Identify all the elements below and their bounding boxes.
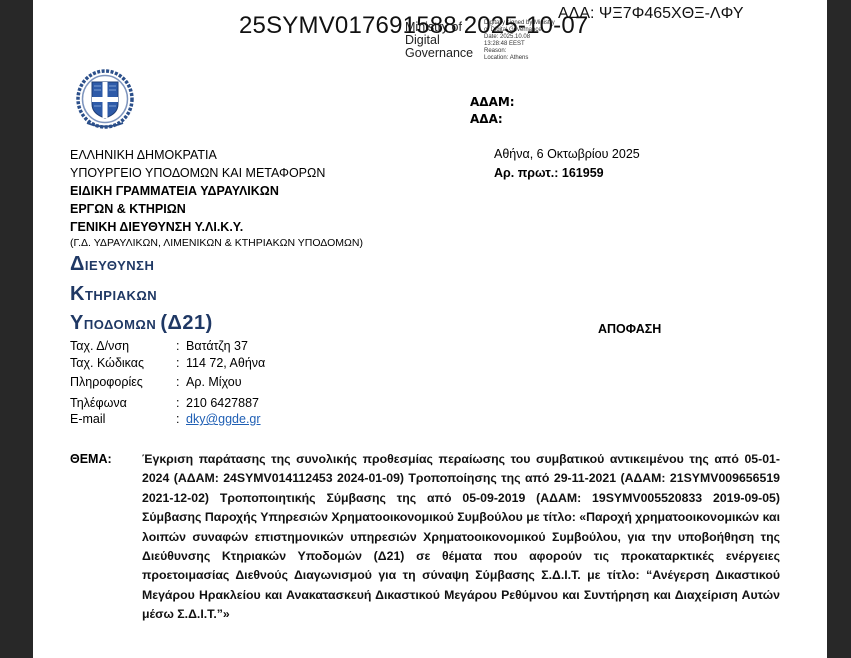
org-line-directorate-full: (Γ.Δ. ΥΔΡΑΥΛΙΚΩΝ, ΛΙΜΕΝΙΚΩΝ & ΚΤΗΡΙΑΚΩΝ … [70, 237, 363, 249]
contact-colon: : [176, 375, 179, 389]
dept-initial: Υ [70, 312, 84, 334]
document-id-stamp: 25SYMV017691588 2025-10-07 [239, 12, 588, 40]
ada-label: ΑΔΑ: [470, 112, 503, 126]
contact-colon: : [176, 396, 179, 410]
email-link[interactable]: dky@ggde.gr [186, 412, 261, 426]
contact-value-postcode: 114 72, Αθήνα [186, 356, 265, 370]
org-line-ministry: ΥΠΟΥΡΓΕΙΟ ΥΠΟΔΟΜΩΝ ΚΑΙ ΜΕΤΑΦΟΡΩΝ [70, 166, 325, 180]
contact-colon: : [176, 356, 179, 370]
contact-label-email: E-mail [70, 412, 105, 426]
dept-initial: Δ [70, 253, 85, 275]
protocol-number: Αρ. πρωτ.: 161959 [494, 166, 604, 180]
document-page: 25SYMV017691588 2025-10-07 ΑΔΑ: ΨΞ7Φ465Χ… [33, 0, 827, 658]
contact-value-info: Αρ. Μίχου [186, 375, 242, 389]
greek-coat-of-arms-icon [75, 68, 135, 132]
org-line-works: ΕΡΓΩΝ & ΚΤΗΡΙΩΝ [70, 202, 186, 216]
signature-detail: 13:28:48 EEST [484, 41, 555, 48]
contact-colon: : [176, 339, 179, 353]
contact-label-postcode: Ταχ. Κώδικας [70, 356, 144, 370]
document-date: Αθήνα, 6 Οκτωβρίου 2025 [494, 147, 640, 161]
adam-label: ΑΔΑΜ: [470, 95, 515, 109]
dept-rest: ΙΕΥΘΥΝΣΗ [85, 258, 154, 273]
contact-label-phone: Τηλέφωνα [70, 396, 127, 410]
contact-label-address: Ταχ. Δ/νση [70, 339, 129, 353]
contact-colon: : [176, 412, 179, 426]
decision-title: ΑΠΟΦΑΣΗ [598, 322, 661, 336]
contact-label-info: Πληροφορίες [70, 375, 143, 389]
dept-rest: ΤΗΡΙΑΚΩΝ [85, 288, 157, 303]
contact-value-phone: 210 6427887 [186, 396, 259, 410]
subject-label: ΘΕΜΑ: [70, 452, 112, 466]
subject-text: Έγκριση παράτασης της συνολικής προθεσμί… [142, 450, 780, 625]
signature-detail: Reason: [484, 48, 555, 55]
department-line-2: ΚΤΗΡΙΑΚΩΝ [70, 283, 157, 306]
signature-detail: Location: Athens [484, 55, 555, 62]
department-line-1: ΔΙΕΥΘΥΝΣΗ [70, 253, 154, 276]
org-line-general-directorate: ΓΕΝΙΚΗ ΔΙΕΥΘΥΝΣΗ Υ.ΛΙ.Κ.Υ. [70, 220, 243, 234]
org-line-secretariat: ΕΙΔΙΚΗ ΓΡΑΜΜΑΤΕΙΑ ΥΔΡΑΥΛΙΚΩΝ [70, 184, 279, 198]
ada-stamp: ΑΔΑ: ΨΞ7Φ465ΧΘΞ-ΛΦΥ [558, 5, 744, 23]
dept-initial: Κ [70, 283, 85, 305]
contact-value-address: Βατάτζη 37 [186, 339, 248, 353]
signature-line: Governance [405, 47, 473, 60]
org-line-republic: ΕΛΛΗΝΙΚΗ ΔΗΜΟΚΡΑΤΙΑ [70, 148, 217, 162]
department-line-3: ΥΠΟΔΟΜΩΝ (Δ21) [70, 312, 213, 335]
dept-code: (Δ21) [160, 312, 212, 334]
dept-rest: ΠΟΔΟΜΩΝ [84, 317, 156, 332]
